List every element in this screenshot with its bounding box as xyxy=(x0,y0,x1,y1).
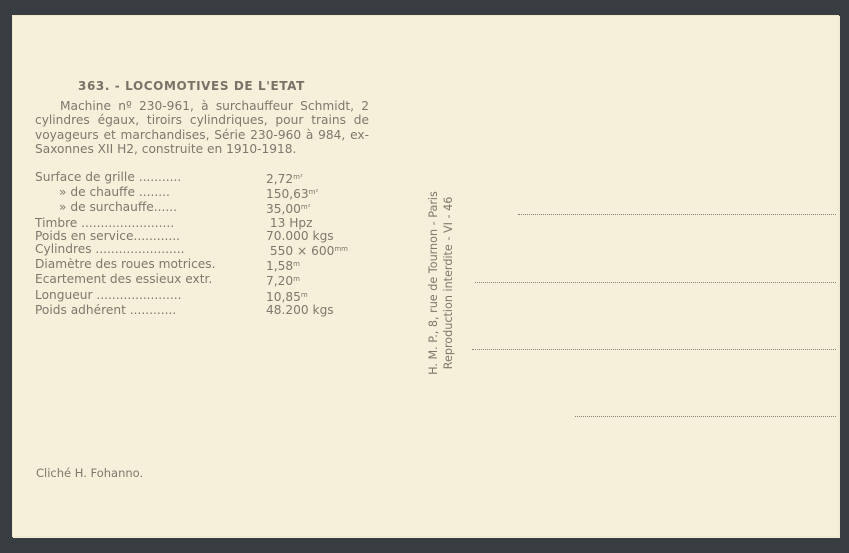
spec-value: 35,00m² xyxy=(264,201,311,216)
address-line-1 xyxy=(518,214,836,215)
card-title: 363. - LOCOMOTIVES DE L'ETAT xyxy=(78,79,305,93)
spec-value: 2,72m² xyxy=(264,171,303,186)
spec-row: » de chauffe ........ 150,63m² xyxy=(35,186,348,201)
spec-value: 550 × 600mm xyxy=(264,243,348,258)
spec-label: Longueur ...................... xyxy=(35,289,264,304)
address-line-2 xyxy=(475,282,836,283)
spec-row: Cylindres ....................... 550 × … xyxy=(35,243,348,258)
postcard-back: 363. - LOCOMOTIVES DE L'ETAT Machine nº … xyxy=(12,15,839,537)
spec-row: Surface de grille ........... 2,72m² xyxy=(35,171,348,186)
spec-row: Diamètre des roues motrices. 1,58m xyxy=(35,258,348,273)
publisher-imprint: H. M. P., 8, rue de Tournon - Paris Repr… xyxy=(426,153,474,413)
publisher-address: H. M. P., 8, rue de Tournon - Paris xyxy=(426,153,441,413)
spec-label: Surface de grille ........... xyxy=(35,171,264,186)
spec-value: 70.000 kgs xyxy=(264,230,334,243)
spec-value: 48.200 kgs xyxy=(264,304,334,317)
spec-value: 7,20m xyxy=(264,273,300,288)
spec-label: Poids adhérent ............ xyxy=(35,304,264,317)
spec-row: Poids adhérent ............ 48.200 kgs xyxy=(35,304,348,317)
reproduction-notice: Reproduction interdite - VI - 46 xyxy=(441,153,456,413)
spec-value: 13 Hpz xyxy=(264,217,313,230)
spec-label: » de surchauffe...... xyxy=(35,201,264,216)
spec-label: » de chauffe ........ xyxy=(35,186,264,201)
address-line-4 xyxy=(575,416,836,417)
locomotive-description: Machine nº 230-961, à surchauffeur Schmi… xyxy=(35,99,369,156)
spec-row: Poids en service............ 70.000 kgs xyxy=(35,230,348,243)
spec-row: Longueur ...................... 10,85m xyxy=(35,289,348,304)
spec-label: Timbre ........................ xyxy=(35,217,264,230)
spec-value: 150,63m² xyxy=(264,186,318,201)
spec-row: Ecartement des essieux extr. 7,20m xyxy=(35,273,348,288)
spec-row: Timbre ........................ 13 Hpz xyxy=(35,217,348,230)
address-line-3 xyxy=(472,349,836,350)
spec-label: Poids en service............ xyxy=(35,230,264,243)
specifications-list: Surface de grille ........... 2,72m² » d… xyxy=(35,171,348,317)
spec-label: Cylindres ....................... xyxy=(35,243,264,258)
spec-value: 10,85m xyxy=(264,289,308,304)
spec-label: Ecartement des essieux extr. xyxy=(35,273,264,288)
description-text: Machine nº 230-961, à surchauffeur Schmi… xyxy=(35,99,369,156)
spec-value: 1,58m xyxy=(264,258,300,273)
spec-row: » de surchauffe...... 35,00m² xyxy=(35,201,348,216)
photo-credit: Cliché H. Fohanno. xyxy=(36,466,143,480)
spec-label: Diamètre des roues motrices. xyxy=(35,258,264,273)
